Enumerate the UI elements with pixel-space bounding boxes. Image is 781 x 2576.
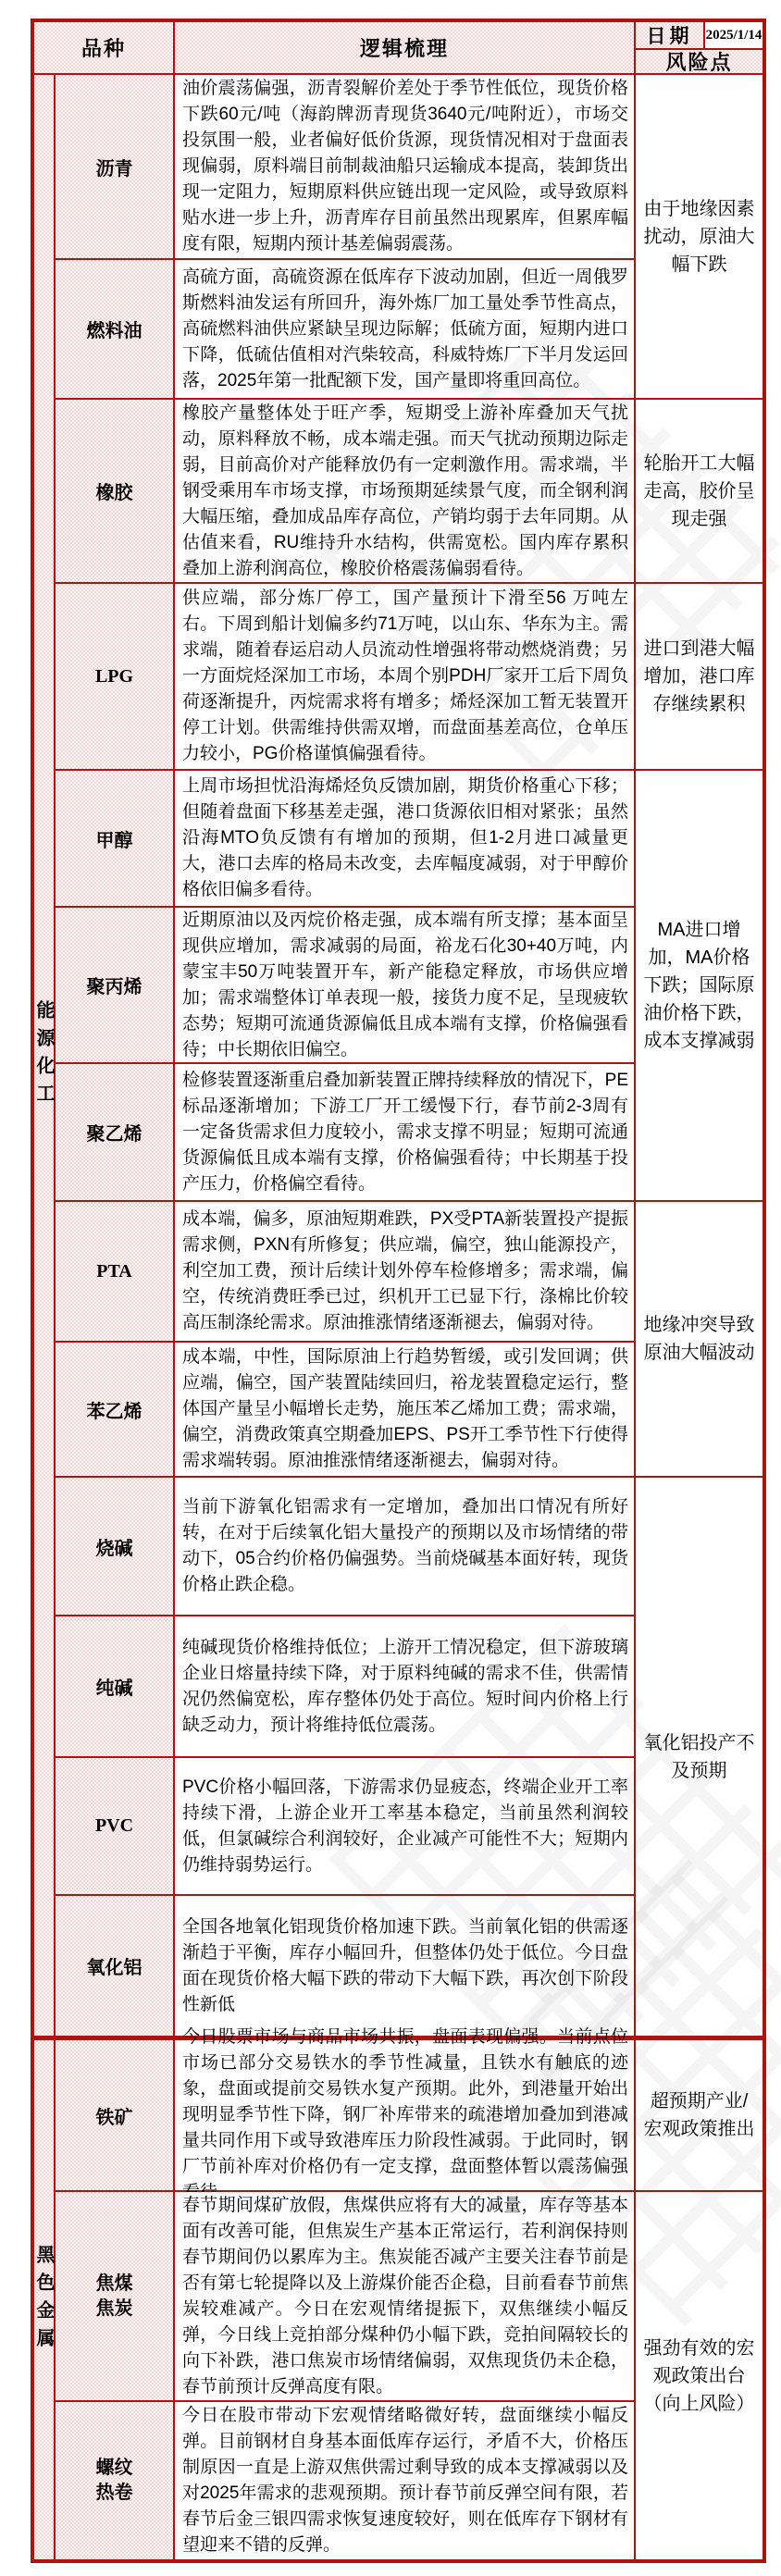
logic-text: 上周市场担忧沿海烯烃负反馈加剧，期货价格重心下移；但随着盘面下移基差走强，港口货… xyxy=(182,774,628,903)
product-pe: 聚乙烯 xyxy=(56,1064,175,1202)
date-label: 日期 xyxy=(636,22,705,48)
risk-macro-policy: 超预期产业/宏观政策推出 xyxy=(636,2037,762,2192)
date-cell: 日期 2025/1/14 xyxy=(636,22,762,50)
logic-coking-coal-coke: 春节期间煤矿放假，焦煤供应将有大的减量，库存等基本面有改善可能，但焦炭生产基本正… xyxy=(175,2192,636,2402)
risk-import-arrivals: 进口到港大幅增加，港口库存继续累积 xyxy=(636,584,762,771)
logic-text: 今日股票市场与商品市场共振，盘面表现偏强。当前点位市场已部分交易铁水的季节性减量… xyxy=(182,2025,628,2206)
product-label: PVC xyxy=(95,1815,133,1837)
product-label: 螺纹热卷 xyxy=(93,2456,137,2506)
product-caustic-soda: 烧碱 xyxy=(56,1478,175,1616)
logic-asphalt: 油价震荡偏强，沥青裂解价差处于季节性低位，现货价格下跌60元/吨（海韵牌沥青现货… xyxy=(175,75,636,260)
product-rebar-hot-coil: 螺纹热卷 xyxy=(56,2402,175,2559)
product-pvc: PVC xyxy=(56,1758,175,1896)
product-label: 苯乙烯 xyxy=(87,1396,143,1423)
product-label: 甲醇 xyxy=(96,825,133,852)
logic-text: 橡胶产量整体处于旺产季，短期受上游补库叠加天气扰动，原料释放不畅，成本端走强。而… xyxy=(182,401,628,582)
logic-pe: 检修装置逐渐重启叠加新装置正牌持续释放的情况下，PE标品逐渐增加；下游工厂开工缓… xyxy=(175,1064,636,1202)
logic-alumina: 全国各地氧化铝现货价格加速下跌。当前氧化铝的供需逐渐趋于平衡，库存小幅回升，但整… xyxy=(175,1896,636,2037)
logic-text: 检修装置逐渐重启叠加新装置正牌持续释放的情况下，PE标品逐渐增加；下游工厂开工缓… xyxy=(182,1068,628,1197)
product-alumina: 氧化铝 xyxy=(56,1896,175,2037)
logic-pp: 近期原油以及丙烷价格走强，成本端有所支撑；基本面呈现供应增加，需求减弱的局面，裕… xyxy=(175,908,636,1064)
product-label: 橡胶 xyxy=(96,477,133,504)
product-asphalt: 沥青 xyxy=(56,75,175,260)
product-label: PTA xyxy=(96,1261,132,1282)
risk-tire-operating: 轮胎开工大幅走高，胶价呈现走强 xyxy=(636,400,762,584)
product-styrene: 苯乙烯 xyxy=(56,1343,175,1478)
date-value: 2025/1/14 xyxy=(705,22,762,48)
product-label: 纯碱 xyxy=(96,1673,133,1700)
logic-styrene: 成本端，中性，国际原油上行趋势暂缓，或引发回调；供应端，偏空，国产装置陆续回归，… xyxy=(175,1343,636,1478)
logic-iron-ore: 今日股票市场与商品市场共振，盘面表现偏强。当前点位市场已部分交易铁水的季节性减量… xyxy=(175,2037,636,2192)
product-soda-ash: 纯碱 xyxy=(56,1616,175,1758)
logic-table: 品种 逻辑梳理 日期 2025/1/14 风险点 能源化工 黑色金属 沥青 燃料… xyxy=(31,19,766,2563)
logic-text: 春节期间煤矿放假，焦煤供应将有大的减量，库存等基本面有改善可能，但焦炭生产基本正… xyxy=(182,2193,628,2400)
product-pp: 聚丙烯 xyxy=(56,908,175,1064)
risk-header: 风险点 xyxy=(636,50,762,75)
product-label: 烧碱 xyxy=(96,1533,133,1560)
group-energy-chemicals: 能源化工 xyxy=(34,75,56,2037)
logic-text: 油价震荡偏强，沥青裂解价差处于季节性低位，现货价格下跌60元/吨（海韵牌沥青现货… xyxy=(182,76,628,257)
risk-geo-conflict: 地缘冲突导致原油大幅波动 xyxy=(636,1202,762,1478)
product-pta: PTA xyxy=(56,1202,175,1343)
product-methanol: 甲醇 xyxy=(56,771,175,908)
logic-lpg: 供应端，部分炼厂停工，国产量预计下滑至56 万吨左右。下周到船计划偏多约71万吨… xyxy=(175,584,636,771)
logic-header: 逻辑梳理 xyxy=(175,22,636,75)
product-label: 聚乙烯 xyxy=(87,1119,143,1146)
logic-text: 当前下游氧化铝需求有一定增加，叠加出口情况有所好转，在对于后续氧化铝大量投产的预… xyxy=(182,1494,628,1598)
commodity-logic-report: 品种 逻辑梳理 日期 2025/1/14 风险点 能源化工 黑色金属 沥青 燃料… xyxy=(0,0,781,2576)
variety-header: 品种 xyxy=(34,22,175,75)
logic-soda-ash: 纯碱现货价格维持低位；上游开工情况稳定，但下游玻璃企业日熔量持续下降，对于原料纯… xyxy=(175,1616,636,1758)
product-label: 氧化铝 xyxy=(87,1952,143,1979)
logic-text: 高硫方面，高硫资源在低库存下波动加剧，但近一周俄罗斯燃料油发运有所回升，海外炼厂… xyxy=(182,265,628,394)
product-label: 焦煤焦炭 xyxy=(93,2272,137,2322)
risk-oil-geopolitics: 由于地缘因素扰动，原油大幅下跌 xyxy=(636,75,762,400)
product-fuel-oil: 燃料油 xyxy=(56,260,175,400)
logic-text: PVC价格小幅回落，下游需求仍显疲态，终端企业开工率持续下滑，上游企业开工率基本… xyxy=(182,1775,628,1878)
product-rubber: 橡胶 xyxy=(56,400,175,584)
product-label: 燃料油 xyxy=(87,316,143,342)
logic-fuel-oil: 高硫方面，高硫资源在低库存下波动加剧，但近一周俄罗斯燃料油发运有所回升，海外炼厂… xyxy=(175,260,636,400)
product-label: 铁矿 xyxy=(96,2102,133,2129)
logic-pvc: PVC价格小幅回落，下游需求仍显疲态，终端企业开工率持续下滑，上游企业开工率基本… xyxy=(175,1758,636,1896)
logic-rubber: 橡胶产量整体处于旺产季，短期受上游补库叠加天气扰动，原料释放不畅，成本端走强。而… xyxy=(175,400,636,584)
product-label: 聚丙烯 xyxy=(87,972,143,998)
logic-text: 成本端，中性，国际原油上行趋势暂缓，或引发回调；供应端，偏空，国产装置陆续回归，… xyxy=(182,1344,628,1474)
product-coking-coal-coke: 焦煤焦炭 xyxy=(56,2192,175,2402)
logic-pta: 成本端，偏多，原油短期难跌，PX受PTA新装置投产提振需求侧，PXN有所修复；供… xyxy=(175,1202,636,1343)
risk-ma-imports: MA进口增加，MA价格下跌；国际原油价格下跌，成本支撑减弱 xyxy=(636,771,762,1202)
product-iron-ore: 铁矿 xyxy=(56,2037,175,2192)
logic-text: 供应端，部分炼厂停工，国产量预计下滑至56 万吨左右。下周到船计划偏多约71万吨… xyxy=(182,586,628,767)
risk-alumina-capacity: 氧化铝投产不及预期 xyxy=(636,1478,762,2037)
logic-text: 近期原油以及丙烷价格走强，成本端有所支撑；基本面呈现供应增加，需求减弱的局面，裕… xyxy=(182,908,628,1063)
logic-rebar-hot-coil: 今日在股市带动下宏观情绪略微好转，盘面继续小幅反弹。目前钢材自身基本面低库存运行… xyxy=(175,2402,636,2559)
product-label: LPG xyxy=(95,666,133,687)
logic-text: 成本端，偏多，原油短期难跌，PX受PTA新装置投产提振需求侧，PXN有所修复；供… xyxy=(182,1207,628,1336)
product-label: 沥青 xyxy=(96,154,133,180)
logic-text: 今日在股市带动下宏观情绪略微好转，盘面继续小幅反弹。目前钢材自身基本面低库存运行… xyxy=(182,2403,628,2558)
risk-strong-macro-policy: 强劲有效的宏观政策出台（向上风险） xyxy=(636,2192,762,2559)
logic-caustic-soda: 当前下游氧化铝需求有一定增加，叠加出口情况有所好转，在对于后续氧化铝大量投产的预… xyxy=(175,1478,636,1616)
logic-text: 全国各地氧化铝现货价格加速下跌。当前氧化铝的供需逐渐趋于平衡，库存小幅回升，但整… xyxy=(182,1914,628,2018)
group-ferrous-metals: 黑色金属 xyxy=(34,2037,56,2559)
logic-methanol: 上周市场担忧沿海烯烃负反馈加剧，期货价格重心下移；但随着盘面下移基差走强，港口货… xyxy=(175,771,636,908)
logic-text: 纯碱现货价格维持低位；上游开工情况稳定，但下游玻璃企业日熔量持续下降，对于原料纯… xyxy=(182,1635,628,1739)
product-lpg: LPG xyxy=(56,584,175,771)
